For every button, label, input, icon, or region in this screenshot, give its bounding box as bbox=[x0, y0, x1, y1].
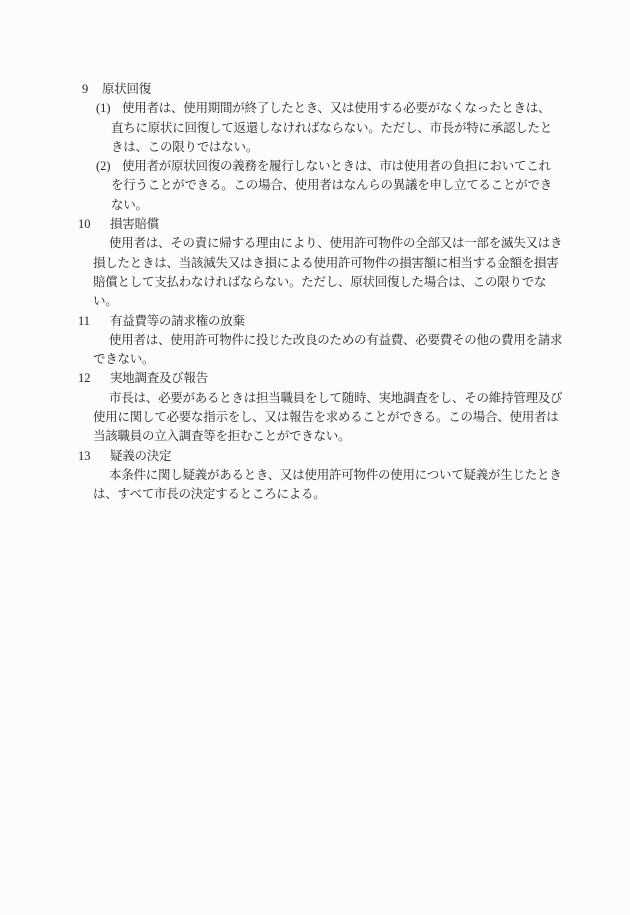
document-line: 使用者は、使用許可物件に投じた改良のための有益費、必要費その他の費用を請求 bbox=[109, 331, 630, 350]
item-heading-12: 12実地調査及び報告 bbox=[78, 369, 630, 388]
document-page: 9原状回復 (1)使用者は、使用期間が終了したとき、又は使用する必要がなくなった… bbox=[0, 0, 630, 915]
document-line: きは、この限りではない。 bbox=[111, 138, 630, 157]
item-number: 10 bbox=[78, 215, 110, 234]
document-line: 使用者が原状回復の義務を履行しないときは、市は使用者の負担においてこれ bbox=[122, 159, 551, 173]
document-line: 賠償として支払わなければならない。ただし、原状回復した場合は、この限りでな bbox=[93, 273, 630, 292]
document-line: 使用者は、その責に帰する理由により、使用許可物件の全部又は一部を滅失又はき bbox=[109, 234, 630, 253]
document-line: 直ちに原状に回復して返還しなければならない。ただし、市長が特に承認したと bbox=[111, 119, 630, 138]
document-line: 市長は、必要があるときは担当職員をして随時、実地調査をし、その維持管理及び bbox=[109, 389, 630, 408]
item-heading-13: 13疑義の決定 bbox=[78, 447, 630, 466]
item-number: 11 bbox=[78, 312, 110, 331]
document-line: 当該職員の立入調査等を拒むことができない。 bbox=[93, 427, 630, 446]
item-number: 9 bbox=[82, 80, 102, 99]
item-number: 12 bbox=[78, 369, 110, 388]
item-heading-9: 9原状回復 bbox=[82, 80, 630, 99]
item-title: 疑義の決定 bbox=[110, 449, 171, 463]
document-line: は、すべて市長の決定するところによる。 bbox=[93, 485, 630, 504]
item-title: 実地調査及び報告 bbox=[110, 371, 208, 385]
subitem-label: (1) bbox=[96, 99, 122, 118]
item-heading-11: 11有益費等の請求権の放棄 bbox=[78, 312, 630, 331]
item-title: 原状回復 bbox=[102, 82, 151, 96]
subitem-1-line: (1)使用者は、使用期間が終了したとき、又は使用する必要がなくなったときは、 bbox=[96, 99, 630, 118]
document-line: 使用者は、使用期間が終了したとき、又は使用する必要がなくなったときは、 bbox=[122, 101, 550, 115]
item-number: 13 bbox=[78, 447, 110, 466]
document-line: 損したときは、当該滅失又はき損による使用許可物件の損害額に相当する金額を損害 bbox=[93, 254, 630, 273]
document-line: できない。 bbox=[93, 350, 630, 369]
subitem-2-line: (2)使用者が原状回復の義務を履行しないときは、市は使用者の負担においてこれ bbox=[96, 157, 630, 176]
item-title: 損害賠償 bbox=[110, 217, 159, 231]
document-line: 使用に関して必要な指示をし、又は報告を求めることができる。この場合、使用者は bbox=[93, 408, 630, 427]
document-line: 本条件に関し疑義があるとき、又は使用許可物件の使用について疑義が生じたとき bbox=[109, 466, 630, 485]
item-title: 有益費等の請求権の放棄 bbox=[110, 314, 245, 328]
document-line: ない。 bbox=[111, 196, 630, 215]
document-text-block: 9原状回復 (1)使用者は、使用期間が終了したとき、又は使用する必要がなくなった… bbox=[0, 80, 630, 505]
document-line: い。 bbox=[93, 292, 630, 311]
item-heading-10: 10損害賠償 bbox=[78, 215, 630, 234]
subitem-label: (2) bbox=[96, 157, 122, 176]
document-line: を行うことができる。この場合、使用者はなんらの異議を申し立てることができ bbox=[111, 176, 630, 195]
